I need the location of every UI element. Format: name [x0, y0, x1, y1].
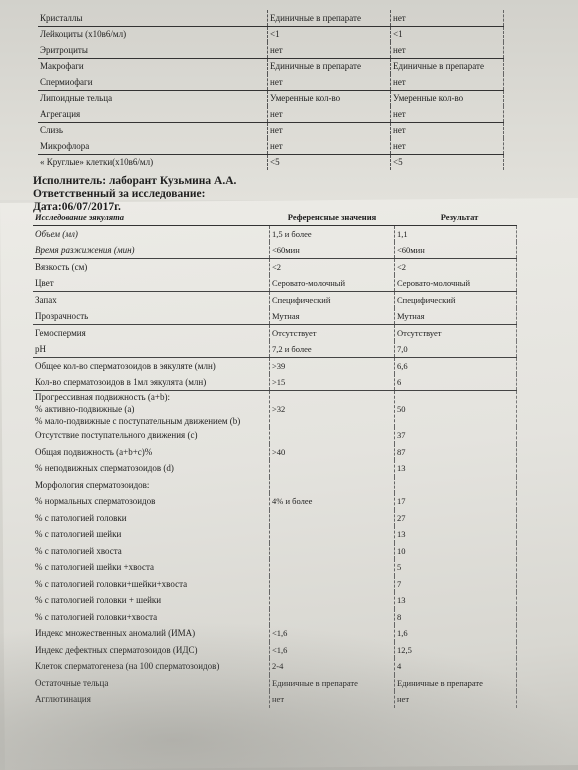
result-value: 7,0	[395, 341, 517, 358]
reference-value: Специфический	[270, 292, 395, 309]
parameter-name: Общее кол-во сперматозоидов в эякуляте (…	[33, 358, 270, 375]
result-value: 27	[395, 510, 517, 527]
parameter-name: % с патологией шейки +хвоста	[33, 559, 270, 576]
parameter-name: % нормальных сперматозоидов	[33, 493, 270, 510]
result-value: нет	[391, 106, 504, 122]
table-row: КристаллыЕдиничные в препаратенет	[38, 10, 504, 26]
parameter-subitem: % активно-подвижные (a)	[35, 403, 267, 415]
table-row: ЦветСеровато-молочныйСеровато-молочный	[33, 275, 517, 292]
result-value: Единичные в препарате	[395, 675, 517, 692]
parameter-subitem: % мало-подвижные с поступательным движен…	[35, 415, 267, 427]
reference-value	[270, 460, 395, 477]
parameter-name: % с патологией хвоста	[33, 543, 270, 560]
table-row: ЗапахСпецифическийСпецифический	[33, 292, 517, 309]
parameter-name: Время разжижения (мин)	[33, 242, 270, 259]
parameter-name: Общая подвижность (a+b+c)%	[33, 444, 270, 461]
parameter-name: Кол-во сперматозоидов в 1мл эякулята (мл…	[33, 374, 270, 391]
reference-value	[270, 592, 395, 609]
parameter-name: % с патологией головки	[33, 510, 270, 527]
table-row: Общее кол-во сперматозоидов в эякуляте (…	[33, 358, 517, 375]
result-value: 6,6	[395, 358, 517, 375]
table-row: Лейкоциты (x10в6/мл)<1<1	[38, 26, 504, 42]
table-row: Время разжижения (мин)<60мин<60мин	[33, 242, 517, 259]
table-row: % с патологией головки27	[33, 510, 517, 527]
parameter-name: % с патологией головки + шейки	[33, 592, 270, 609]
parameter-name: % с патологией головки+шейки+хвоста	[33, 576, 270, 593]
reference-value: нет	[268, 74, 391, 90]
table-row: Индекс множественных аномалий (ИМА)<1,61…	[33, 625, 517, 642]
header-reference: Референсные значения	[270, 209, 395, 226]
reference-value: Единичные в препарате	[268, 58, 391, 74]
result-value: 5	[395, 559, 517, 576]
result-value: 50	[395, 391, 517, 428]
reference-value: 7,2 и более	[270, 341, 395, 358]
table-row: Микрофлоранетнет	[38, 138, 504, 154]
result-value: 17	[395, 493, 517, 510]
result-value: 1,6	[395, 625, 517, 642]
table-row: Прогрессивная подвижность (a+b):% активн…	[33, 391, 517, 428]
result-value: Специфический	[395, 292, 517, 309]
reference-value: <2	[270, 259, 395, 276]
result-value: <2	[395, 259, 517, 276]
responsible: Ответственный за исследование:	[33, 188, 236, 201]
reference-value: Единичные в препарате	[270, 675, 395, 692]
table-row: Клеток сперматогенеза (на 100 сперматозо…	[33, 658, 517, 675]
reference-value: >15	[270, 374, 395, 391]
reference-value	[270, 576, 395, 593]
table-row: Морфология сперматозоидов:	[33, 477, 517, 494]
parameter-name-main: Прогрессивная подвижность (a+b):	[35, 391, 267, 403]
reference-value: >32	[270, 391, 395, 428]
reference-value: <60мин	[270, 242, 395, 259]
result-value: 12,5	[395, 642, 517, 659]
table-row: % с патологией головки+шейки+хвоста7	[33, 576, 517, 593]
performer: Исполнитель: лаборант Кузьмина А.А.	[33, 175, 236, 188]
reference-value: <1,6	[270, 625, 395, 642]
parameter-name: % с патологией головки+хвоста	[33, 609, 270, 626]
result-value: нет	[391, 122, 504, 138]
table-row: Вязкость (см)<2<2	[33, 259, 517, 276]
reference-value	[270, 427, 395, 444]
parameter-name: Слизь	[38, 122, 268, 138]
reference-value: 1,5 и более	[270, 226, 395, 243]
reference-value: 4% и более	[270, 493, 395, 510]
result-value: <1	[391, 26, 504, 42]
result-value: <5	[391, 154, 504, 170]
table-row: % с патологией хвоста10	[33, 543, 517, 560]
result-value: нет	[391, 10, 504, 26]
parameter-name: % неподвижных сперматозоидов (d)	[33, 460, 270, 477]
reference-value	[270, 526, 395, 543]
result-value: нет	[391, 138, 504, 154]
parameter-name: Индекс дефектных сперматозоидов (ИДС)	[33, 642, 270, 659]
table-row: % с патологией головки + шейки13	[33, 592, 517, 609]
parameter-name: % с патологией шейки	[33, 526, 270, 543]
parameter-name: Морфология сперматозоидов:	[33, 477, 270, 494]
table-row: % с патологией головки+хвоста8	[33, 609, 517, 626]
parameter-name: Кристаллы	[38, 10, 268, 26]
reference-value	[270, 477, 395, 494]
table-row: % неподвижных сперматозоидов (d)13	[33, 460, 517, 477]
reference-value	[270, 609, 395, 626]
parameter-name: Отсутствие поступательного движения (c)	[33, 427, 270, 444]
table-row: % с патологией шейки13	[33, 526, 517, 543]
table-row: ПрозрачностьМутнаяМутная	[33, 308, 517, 325]
parameter-name: Запах	[33, 292, 270, 309]
reference-value	[270, 543, 395, 560]
reference-value: <1,6	[270, 642, 395, 659]
result-value: 13	[395, 526, 517, 543]
semen-analysis-table: Исследование эякулята Референсные значен…	[33, 209, 517, 708]
result-value: нет	[391, 74, 504, 90]
parameter-name: Объем (мл)	[33, 226, 270, 243]
result-value: 37	[395, 427, 517, 444]
header-study: Исследование эякулята	[33, 209, 270, 226]
result-value: нет	[395, 691, 517, 708]
result-value	[395, 477, 517, 494]
table-row: Агрегациянетнет	[38, 106, 504, 122]
reference-value: нет	[268, 122, 391, 138]
table-row: Объем (мл)1,5 и более1,1	[33, 226, 517, 243]
reference-value: 2-4	[270, 658, 395, 675]
parameter-name: Вязкость (см)	[33, 259, 270, 276]
result-value: Отсутствует	[395, 325, 517, 342]
result-value: 10	[395, 543, 517, 560]
table-row: Спермиофагинетнет	[38, 74, 504, 90]
parameter-name: Лейкоциты (x10в6/мл)	[38, 26, 268, 42]
reference-value: Отсутствует	[270, 325, 395, 342]
parameter-name: Индекс множественных аномалий (ИМА)	[33, 625, 270, 642]
table-row: Отсутствие поступательного движения (c)3…	[33, 427, 517, 444]
parameter-name: Липоидные тельца	[38, 90, 268, 106]
table-row: МакрофагиЕдиничные в препаратеЕдиничные …	[38, 58, 504, 74]
reference-value: нет	[268, 138, 391, 154]
result-value: Мутная	[395, 308, 517, 325]
parameter-name: Эритроциты	[38, 42, 268, 58]
table-header: Исследование эякулята Референсные значен…	[33, 209, 517, 226]
reference-value: >39	[270, 358, 395, 375]
result-value: Умеренные кол-во	[391, 90, 504, 106]
table-row: Кол-во сперматозоидов в 1мл эякулята (мл…	[33, 374, 517, 391]
result-value: 4	[395, 658, 517, 675]
reference-value	[270, 559, 395, 576]
reference-value: Единичные в препарате	[268, 10, 391, 26]
result-value: 1,1	[395, 226, 517, 243]
table-row: % нормальных сперматозоидов4% и более17	[33, 493, 517, 510]
table-row: ГемоспермияОтсутствуетОтсутствует	[33, 325, 517, 342]
reference-value: <1	[268, 26, 391, 42]
parameter-name: Микрофлора	[38, 138, 268, 154]
result-value: нет	[391, 42, 504, 58]
result-value: <60мин	[395, 242, 517, 259]
parameter-name: Цвет	[33, 275, 270, 292]
table-row: % с патологией шейки +хвоста5	[33, 559, 517, 576]
reference-value: нет	[268, 106, 391, 122]
parameter-name: Спермиофаги	[38, 74, 268, 90]
result-value: 6	[395, 374, 517, 391]
table-row: Эритроцитынетнет	[38, 42, 504, 58]
header-result: Результат	[395, 209, 517, 226]
table-row: Остаточные тельцаЕдиничные в препаратеЕд…	[33, 675, 517, 692]
reference-value: Серовато-молочный	[270, 275, 395, 292]
parameter-name: Гемоспермия	[33, 325, 270, 342]
reference-value: <5	[268, 154, 391, 170]
table-row: Агглютинациянетнет	[33, 691, 517, 708]
table-row: Индекс дефектных сперматозоидов (ИДС)<1,…	[33, 642, 517, 659]
parameter-name: Остаточные тельца	[33, 675, 270, 692]
parameter-name: Агрегация	[38, 106, 268, 122]
parameter-name: Прозрачность	[33, 308, 270, 325]
parameter-name: Агглютинация	[33, 691, 270, 708]
table-row: « Круглые» клетки(x10в6/мл)<5<5	[38, 154, 504, 170]
reference-value: >40	[270, 444, 395, 461]
result-value: 13	[395, 460, 517, 477]
reference-value: Мутная	[270, 308, 395, 325]
result-value: 13	[395, 592, 517, 609]
reference-value: нет	[270, 691, 395, 708]
parameter-name: pH	[33, 341, 270, 358]
result-value: 87	[395, 444, 517, 461]
parameter-name: « Круглые» клетки(x10в6/мл)	[38, 154, 268, 170]
upper-results-table: КристаллыЕдиничные в препаратенетЛейкоци…	[38, 10, 504, 170]
parameter-name: Макрофаги	[38, 58, 268, 74]
table-row: Липоидные тельцаУмеренные кол-воУмеренны…	[38, 90, 504, 106]
parameter-name: Клеток сперматогенеза (на 100 сперматозо…	[33, 658, 270, 675]
reference-value: Умеренные кол-во	[268, 90, 391, 106]
result-value: 7	[395, 576, 517, 593]
result-value: 8	[395, 609, 517, 626]
table-row: Общая подвижность (a+b+c)%>4087	[33, 444, 517, 461]
reference-value	[270, 510, 395, 527]
table-row: pH7,2 и более7,0	[33, 341, 517, 358]
parameter-name: Прогрессивная подвижность (a+b):% активн…	[33, 391, 270, 428]
reference-value: нет	[268, 42, 391, 58]
result-value: Серовато-молочный	[395, 275, 517, 292]
table-row: Слизьнетнет	[38, 122, 504, 138]
result-value: Единичные в препарате	[391, 58, 504, 74]
